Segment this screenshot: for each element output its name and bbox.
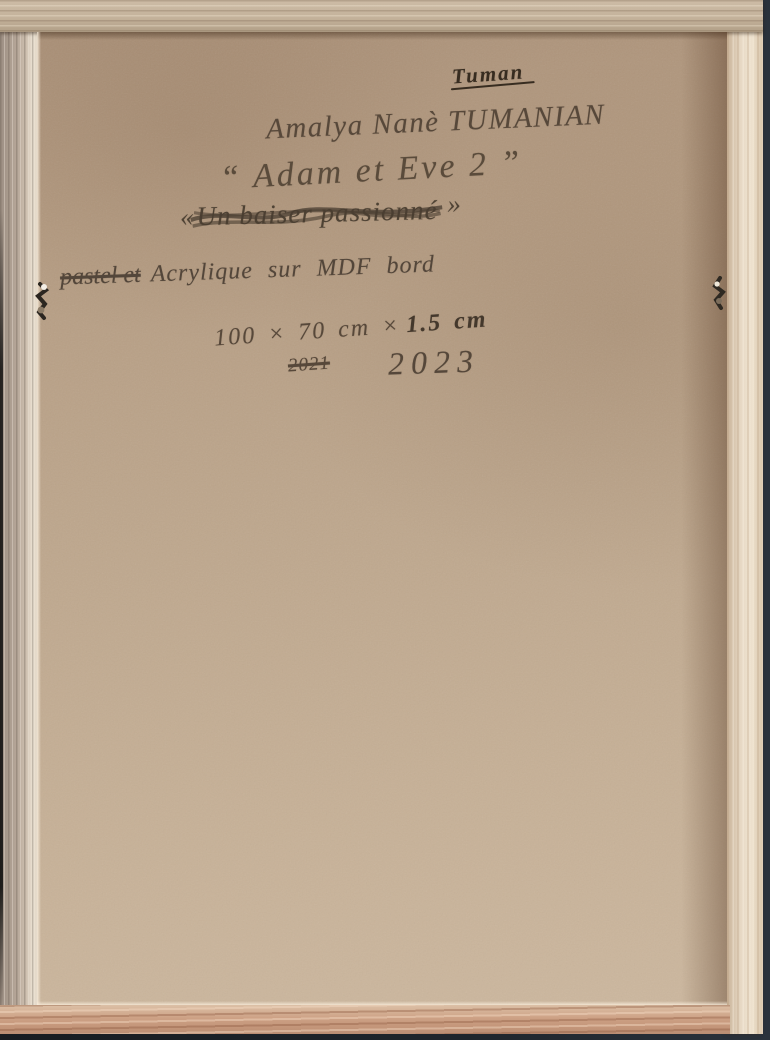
- guillemet-close: »: [447, 188, 462, 219]
- photo-back-of-framed-painting: Tuman Amalya Nanè TUMANIAN “ Adam et Eve…: [0, 0, 770, 1040]
- frame-inner-shadow-top: [37, 32, 727, 40]
- frame-bottom-bar: [0, 1005, 730, 1034]
- year: 2023: [387, 342, 480, 382]
- artist-signature: Tuman: [451, 60, 525, 90]
- scribbled-text-wrap: Un baiser passionné: [194, 195, 440, 232]
- metal-hook-right: [708, 274, 732, 314]
- metal-hook-left: [30, 280, 54, 322]
- board-bottom-gap-highlight: [37, 1001, 727, 1005]
- frame-inner-shadow-right: [681, 32, 727, 1005]
- crossed-out-medium: pastel et: [60, 262, 142, 291]
- scribble-strokes: [188, 193, 444, 235]
- dimensions-depth: 1.5 cm: [405, 306, 488, 338]
- frame-right-bar: [727, 30, 763, 1034]
- frame-left-bar: [0, 30, 37, 1006]
- crossed-out-former-title: « Un baiser passionné »: [180, 194, 463, 232]
- crossed-out-year: 2021: [287, 353, 330, 378]
- frame-top-bar: [0, 0, 763, 32]
- board-left-gap-highlight: [37, 32, 41, 1005]
